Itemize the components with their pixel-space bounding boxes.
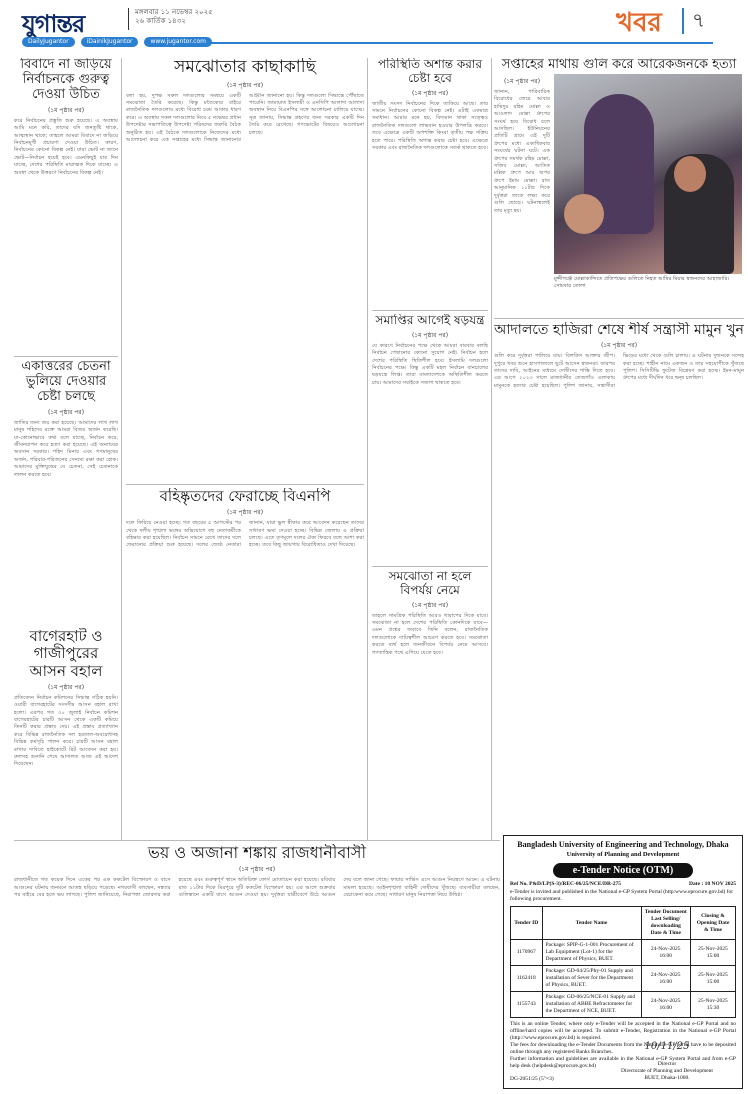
signatory-office: Directorate of Planning and Development xyxy=(602,1068,732,1075)
continued-label: (১ম পৃষ্ঠার পর) xyxy=(126,80,364,91)
masthead: যুগান্তর মঙ্গলবার ১১ নভেম্বর ২০২৫ ২৬ কার… xyxy=(0,0,748,58)
col-closing: Closing & Opening Date & Time xyxy=(691,907,736,940)
signatory-address: BUET, Dhaka-1000. xyxy=(602,1075,732,1082)
divider xyxy=(14,840,500,841)
facebook-link[interactable]: DailyJugantor xyxy=(22,37,75,47)
article-body: যে কারণে নির্বাচনের পক্ষে থেকে আমরা বারব… xyxy=(372,343,488,387)
killing-headline-box: সপ্তাহের মাথায় গুলি করে আরেকজনকে হত্যা xyxy=(494,58,744,72)
divider xyxy=(14,356,118,357)
tender-note: This is an online Tender, where only e-T… xyxy=(510,1021,736,1042)
tender-ref: Ref No. P&D/LP(S-3)/REC-06/25/NCE/DR-275 xyxy=(510,881,621,887)
tender-table: Tender ID Tender Name Tender Document La… xyxy=(510,906,736,1018)
tender-id: 1162418 xyxy=(511,966,543,992)
headline[interactable]: ভয় ও অজানা শঙ্কায় রাজধানীবাসী xyxy=(14,844,500,862)
column-rule xyxy=(121,58,122,840)
article-killing[interactable]: (১ম পৃষ্ঠার পর) জানান, পারিবারিক বিরোধের… xyxy=(494,74,550,296)
article-body: জাতীয় সংসদ নির্বাচনের দিকে তাকিয়ে আছে।… xyxy=(372,101,488,153)
continued-label: (১ম পৃষ্ঠার পর) xyxy=(14,864,500,875)
column-rule xyxy=(491,58,492,840)
col-tender-id: Tender ID xyxy=(511,907,543,940)
tender-university: Bangladesh University of Engineering and… xyxy=(510,840,736,850)
col-tender-name: Tender Name xyxy=(542,907,641,940)
continued-label: (১ম পৃষ্ঠার পর) xyxy=(126,507,364,518)
signatory-title: Director xyxy=(602,1061,732,1068)
tender-department: University of Planning and Development xyxy=(510,850,736,860)
divider xyxy=(126,484,364,485)
social-links: DailyJugantor iDainikJugantor www.jugant… xyxy=(22,37,212,47)
headline[interactable]: পরিস্থিতি অশান্ত করার চেষ্টা হবে xyxy=(372,58,488,86)
photo-figure xyxy=(674,156,706,192)
table-row: 1162418 Package: GD-04/25/Phy-01 Supply … xyxy=(511,966,736,992)
table-row: 1170967 Package: SPIP-G-1-001 Procuremen… xyxy=(511,940,736,966)
article-body: করে নির্বাচনের প্রস্তুতি শুরু হয়েছে। এ … xyxy=(14,118,118,177)
divider xyxy=(372,566,488,567)
headline[interactable]: সমঝোতা না হলে বিপর্যয় নেমে xyxy=(372,570,488,598)
article-body: প্রতিবেদন নির্বাচন কমিশনের সিদ্ধান্ত সঠি… xyxy=(14,695,118,769)
tender-code: DG-2051/25 (5"×3) xyxy=(510,1076,554,1082)
headline[interactable]: সমাপ্তির আগেই ষড়যন্ত্র xyxy=(372,314,488,328)
col-last-selling: Tender Document Last Selling/ downloadin… xyxy=(641,907,691,940)
news-photo[interactable] xyxy=(554,74,742,274)
continued-label: (১ম পৃষ্ঠার পর) xyxy=(494,340,744,351)
article-body: তাহলে সামগ্রিক পরিস্থিতি আরও খারাপের দিক… xyxy=(372,613,488,657)
article-disaster[interactable]: সমঝোতা না হলে বিপর্যয় নেমে (১ম পৃষ্ঠার … xyxy=(372,570,488,838)
continued-label: (১ম পৃষ্ঠার পর) xyxy=(494,76,550,87)
headline[interactable]: বাগেরহাট ও গাজীপুরের আসন বহাল xyxy=(14,628,118,680)
article-conspiracy[interactable]: সমাপ্তির আগেই ষড়যন্ত্র (১ম পৃষ্ঠার পর) … xyxy=(372,314,488,564)
article-controversy[interactable]: বিবাদে না জড়িয়ে নির্বাচনকে গুরুত্ব দেও… xyxy=(14,58,118,354)
photo-figure xyxy=(564,194,604,234)
headline[interactable]: আদালতে হাজিরা শেষে শীর্ষ সন্ত্রাসী মামুন… xyxy=(494,322,744,338)
closing: 25-Nov-2025 15:00 xyxy=(691,940,736,966)
article-court[interactable]: আদালতে হাজিরা শেষে শীর্ষ সন্ত্রাসী মামুন… xyxy=(494,322,744,832)
date-bangla: ২৬ কার্তিক ১৪৩২ xyxy=(135,17,213,26)
closing: 25-Nov-2025 15:30 xyxy=(691,992,736,1018)
headline[interactable]: বিবাদে না জড়িয়ে নির্বাচনকে গুরুত্ব দেও… xyxy=(14,58,118,103)
logo-divider xyxy=(128,8,129,30)
article-body: দলে ফিরিয়ে নেওয়া হচ্ছে। গত বছরের ৫ আগস… xyxy=(126,520,364,550)
tender-id: 1155743 xyxy=(511,992,543,1018)
tender-signature-block: 10/11/25 Director Directorate of Plannin… xyxy=(602,1043,732,1082)
continued-label: (১ম পৃষ্ঠার পর) xyxy=(372,600,488,611)
continued-label: (১ম পৃষ্ঠার পর) xyxy=(14,682,118,693)
website-link[interactable]: www.jugantor.com xyxy=(144,37,212,47)
tender-name: Package: SPIP-G-1-001 Procurement of Lab… xyxy=(542,940,641,966)
last-selling: 24-Nov-2025 16:00 xyxy=(641,940,691,966)
last-selling: 24-Nov-2025 16:00 xyxy=(641,992,691,1018)
tender-intro: e-Tender is invited and published in the… xyxy=(510,889,736,903)
tender-name: Package: GD-04/25/Phy-01 Supply and inst… xyxy=(542,966,641,992)
tender-id: 1170967 xyxy=(511,940,543,966)
tender-name: Package: GD-06/25/NCE-01 Supply and inst… xyxy=(542,992,641,1018)
section-divider xyxy=(682,8,684,34)
divider xyxy=(494,318,744,319)
continued-label: (১ম পৃষ্ঠার পর) xyxy=(14,105,118,116)
tender-notice: Bangladesh University of Engineering and… xyxy=(503,835,743,1089)
article-body: বলা হয়, দুপক্ষ সকল দলগুলোর সমন্বয়ে একট… xyxy=(126,93,364,145)
photo-caption: মুন্সীগঞ্জে মোল্লাকান্দিতে প্রতিপক্ষের গ… xyxy=(554,276,742,290)
column-rule xyxy=(367,58,368,840)
closing: 25-Nov-2025 15:00 xyxy=(691,966,736,992)
continued-label: (১ম পৃষ্ঠার পর) xyxy=(14,407,118,418)
tender-date: Date : 10 NOV 2025 xyxy=(689,881,736,887)
page-number: ৭ xyxy=(692,6,705,39)
article-body: জানান, পারিবারিক বিরোধের জেরে আবার হামিদ… xyxy=(494,89,550,215)
tender-title: e-Tender Notice (OTM) xyxy=(553,863,693,878)
tender-ref-row: Ref No. P&D/LP(S-3)/REC-06/25/NCE/DR-275… xyxy=(510,881,736,887)
article-body: রাজধানীতে গত কয়েক দিনে একের পর এক ককটেল… xyxy=(14,877,500,899)
last-selling: 24-Nov-2025 16:00 xyxy=(641,966,691,992)
article-unrest[interactable]: পরিস্থিতি অশান্ত করার চেষ্টা হবে (১ম পৃষ… xyxy=(372,58,488,308)
continued-label: (১ম পৃষ্ঠার পর) xyxy=(372,88,488,99)
continued-label: (১ম পৃষ্ঠার পর) xyxy=(372,330,488,341)
headline[interactable]: বহিষ্কৃতদের ফেরাচ্ছে বিএনপি xyxy=(126,488,364,505)
headline[interactable]: সপ্তাহের মাথায় গুলি করে আরেকজনকে হত্যা xyxy=(494,58,744,72)
article-agreement[interactable]: সমঝোতার কাছাকাছি (১ম পৃষ্ঠার পর) বলা হয়… xyxy=(126,58,364,482)
article-body: গুলি করে দুর্বৃত্তরা পালিয়ে যায়। বিলকি… xyxy=(494,353,744,390)
headline[interactable]: সমঝোতার কাছাকাছি xyxy=(126,58,364,78)
signature: 10/11/25 xyxy=(602,1043,732,1061)
date-gregorian: মঙ্গলবার ১১ নভেম্বর ২০২৫ xyxy=(135,8,213,17)
article-fear[interactable]: ভয় ও অজানা শঙ্কায় রাজধানীবাসী (১ম পৃষ্… xyxy=(14,844,500,1090)
headline[interactable]: একাত্তরের চেতনা ভুলিয়ে দেওয়ার চেষ্টা চ… xyxy=(14,360,118,405)
dateline: মঙ্গলবার ১১ নভেম্বর ২০২৫ ২৬ কার্তিক ১৪৩২ xyxy=(135,8,213,26)
article-bagerhat[interactable]: বাগেরহাট ও গাজীপুরের আসন বহাল (১ম পৃষ্ঠা… xyxy=(14,628,118,838)
twitter-link[interactable]: iDainikJugantor xyxy=(81,37,139,47)
table-row: 1155743 Package: GD-06/25/NCE-01 Supply … xyxy=(511,992,736,1018)
article-body: জাতির জন্য জয় করা হয়েছে। আমাদের লাখ লা… xyxy=(14,420,118,479)
article-consciousness[interactable]: একাত্তরের চেতনা ভুলিয়ে দেওয়ার চেষ্টা চ… xyxy=(14,360,118,622)
article-boycott[interactable]: বহিষ্কৃতদের ফেরাচ্ছে বিএনপি (১ম পৃষ্ঠার … xyxy=(126,488,364,838)
divider xyxy=(372,310,488,311)
section-title: খবর xyxy=(616,2,662,46)
